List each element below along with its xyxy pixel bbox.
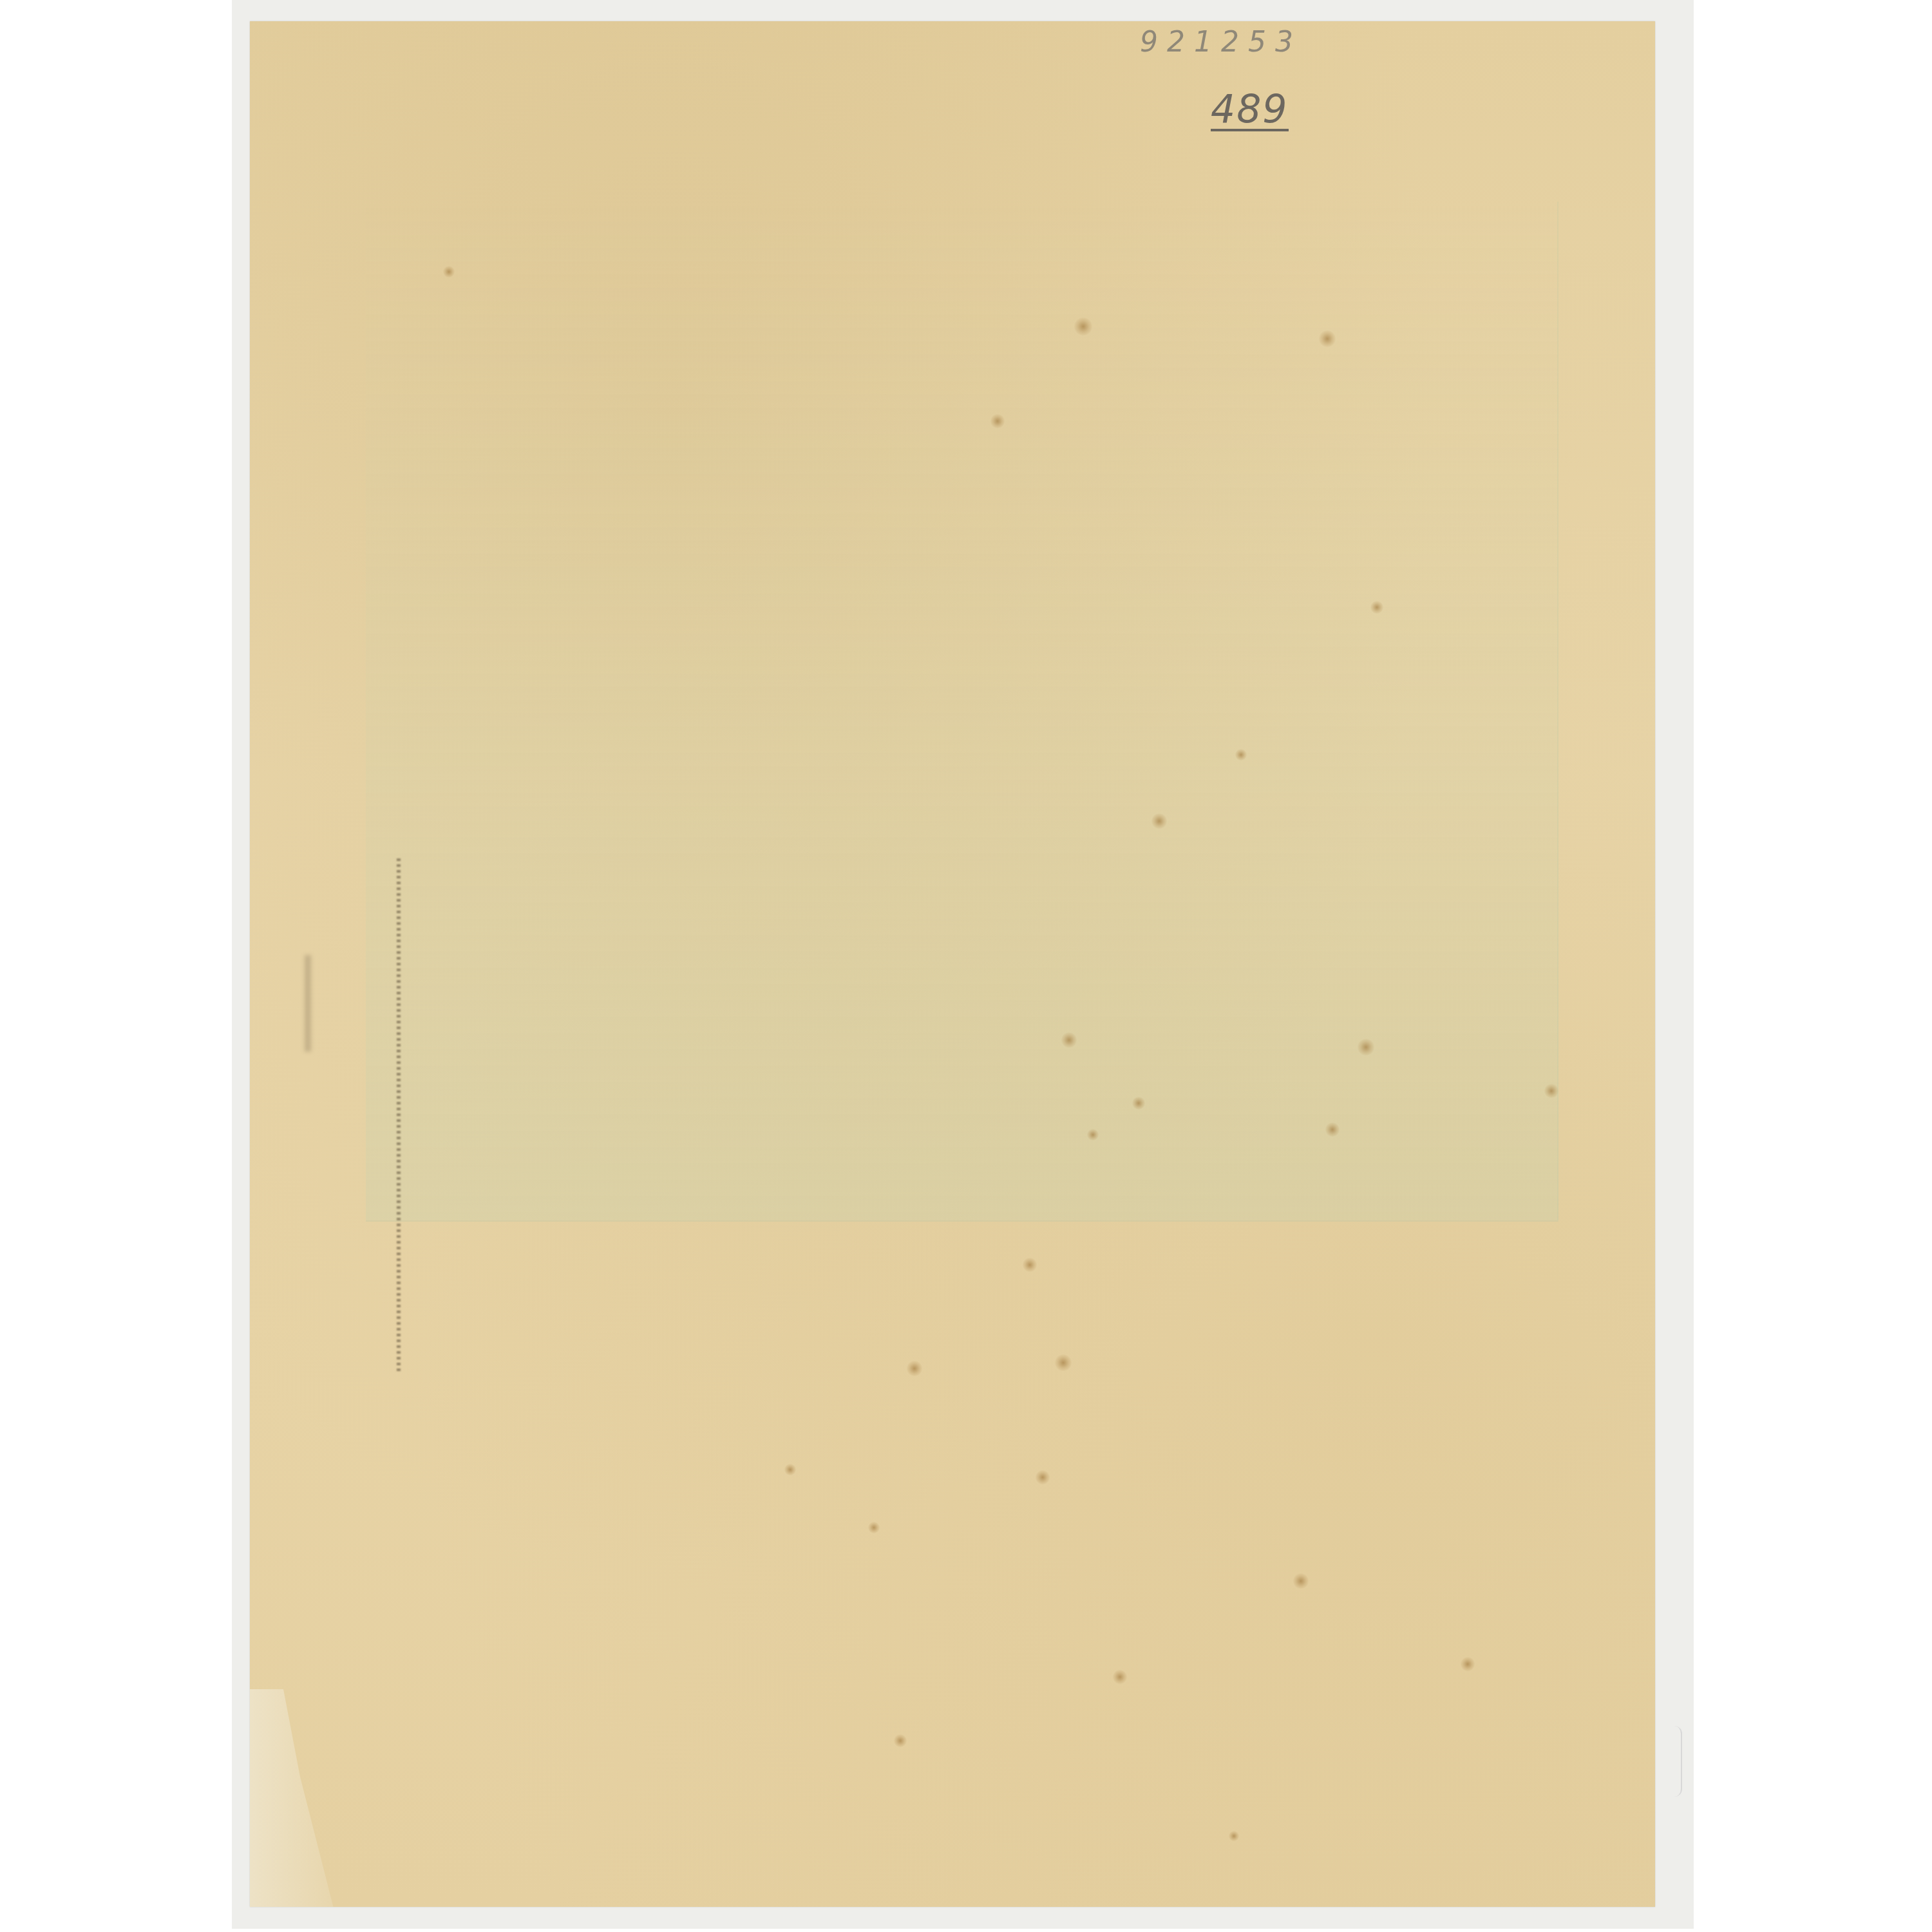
- foxing-spot: [1113, 1670, 1127, 1684]
- corner-repair: [250, 1689, 334, 1907]
- foxing-spot: [868, 1522, 880, 1533]
- foxing-spot: [1235, 749, 1247, 761]
- foxing-spot: [1023, 1258, 1037, 1272]
- foxing-spot: [894, 1734, 907, 1747]
- foxing-spot: [784, 1464, 796, 1475]
- foxing-spot: [1461, 1657, 1475, 1671]
- foxing-spot: [1036, 1470, 1050, 1484]
- foxing-spot: [990, 414, 1005, 428]
- foxing-spot: [1055, 1354, 1072, 1371]
- foxing-spot: [1293, 1573, 1309, 1589]
- foxing-spot: [907, 1361, 922, 1376]
- foxing-spot: [1229, 1831, 1239, 1841]
- foxing-spot: [1358, 1039, 1374, 1056]
- paper-sheet: [250, 21, 1655, 1907]
- foxing-spot: [1544, 1084, 1558, 1098]
- inventory-number-annotation: 921253: [1140, 26, 1302, 59]
- foxing-spot: [1087, 1129, 1099, 1141]
- print-show-through: [366, 202, 1558, 1222]
- vertical-stain-line: [397, 858, 401, 1374]
- foxing-spot: [1074, 317, 1092, 336]
- pencil-bracket-mark: [1674, 1726, 1682, 1797]
- foxing-spot: [1132, 1097, 1145, 1110]
- sheet-number-annotation: 489: [1211, 90, 1289, 131]
- foxing-spot: [1061, 1032, 1077, 1048]
- foxing-spot: [1325, 1122, 1340, 1137]
- stain-mark: [305, 955, 311, 1052]
- foxing-spot: [1151, 813, 1167, 829]
- foxing-spot: [443, 266, 455, 278]
- foxing-spot: [1319, 330, 1336, 347]
- scan-canvas: 921253 489: [0, 0, 1932, 1932]
- foxing-spot: [1370, 601, 1383, 614]
